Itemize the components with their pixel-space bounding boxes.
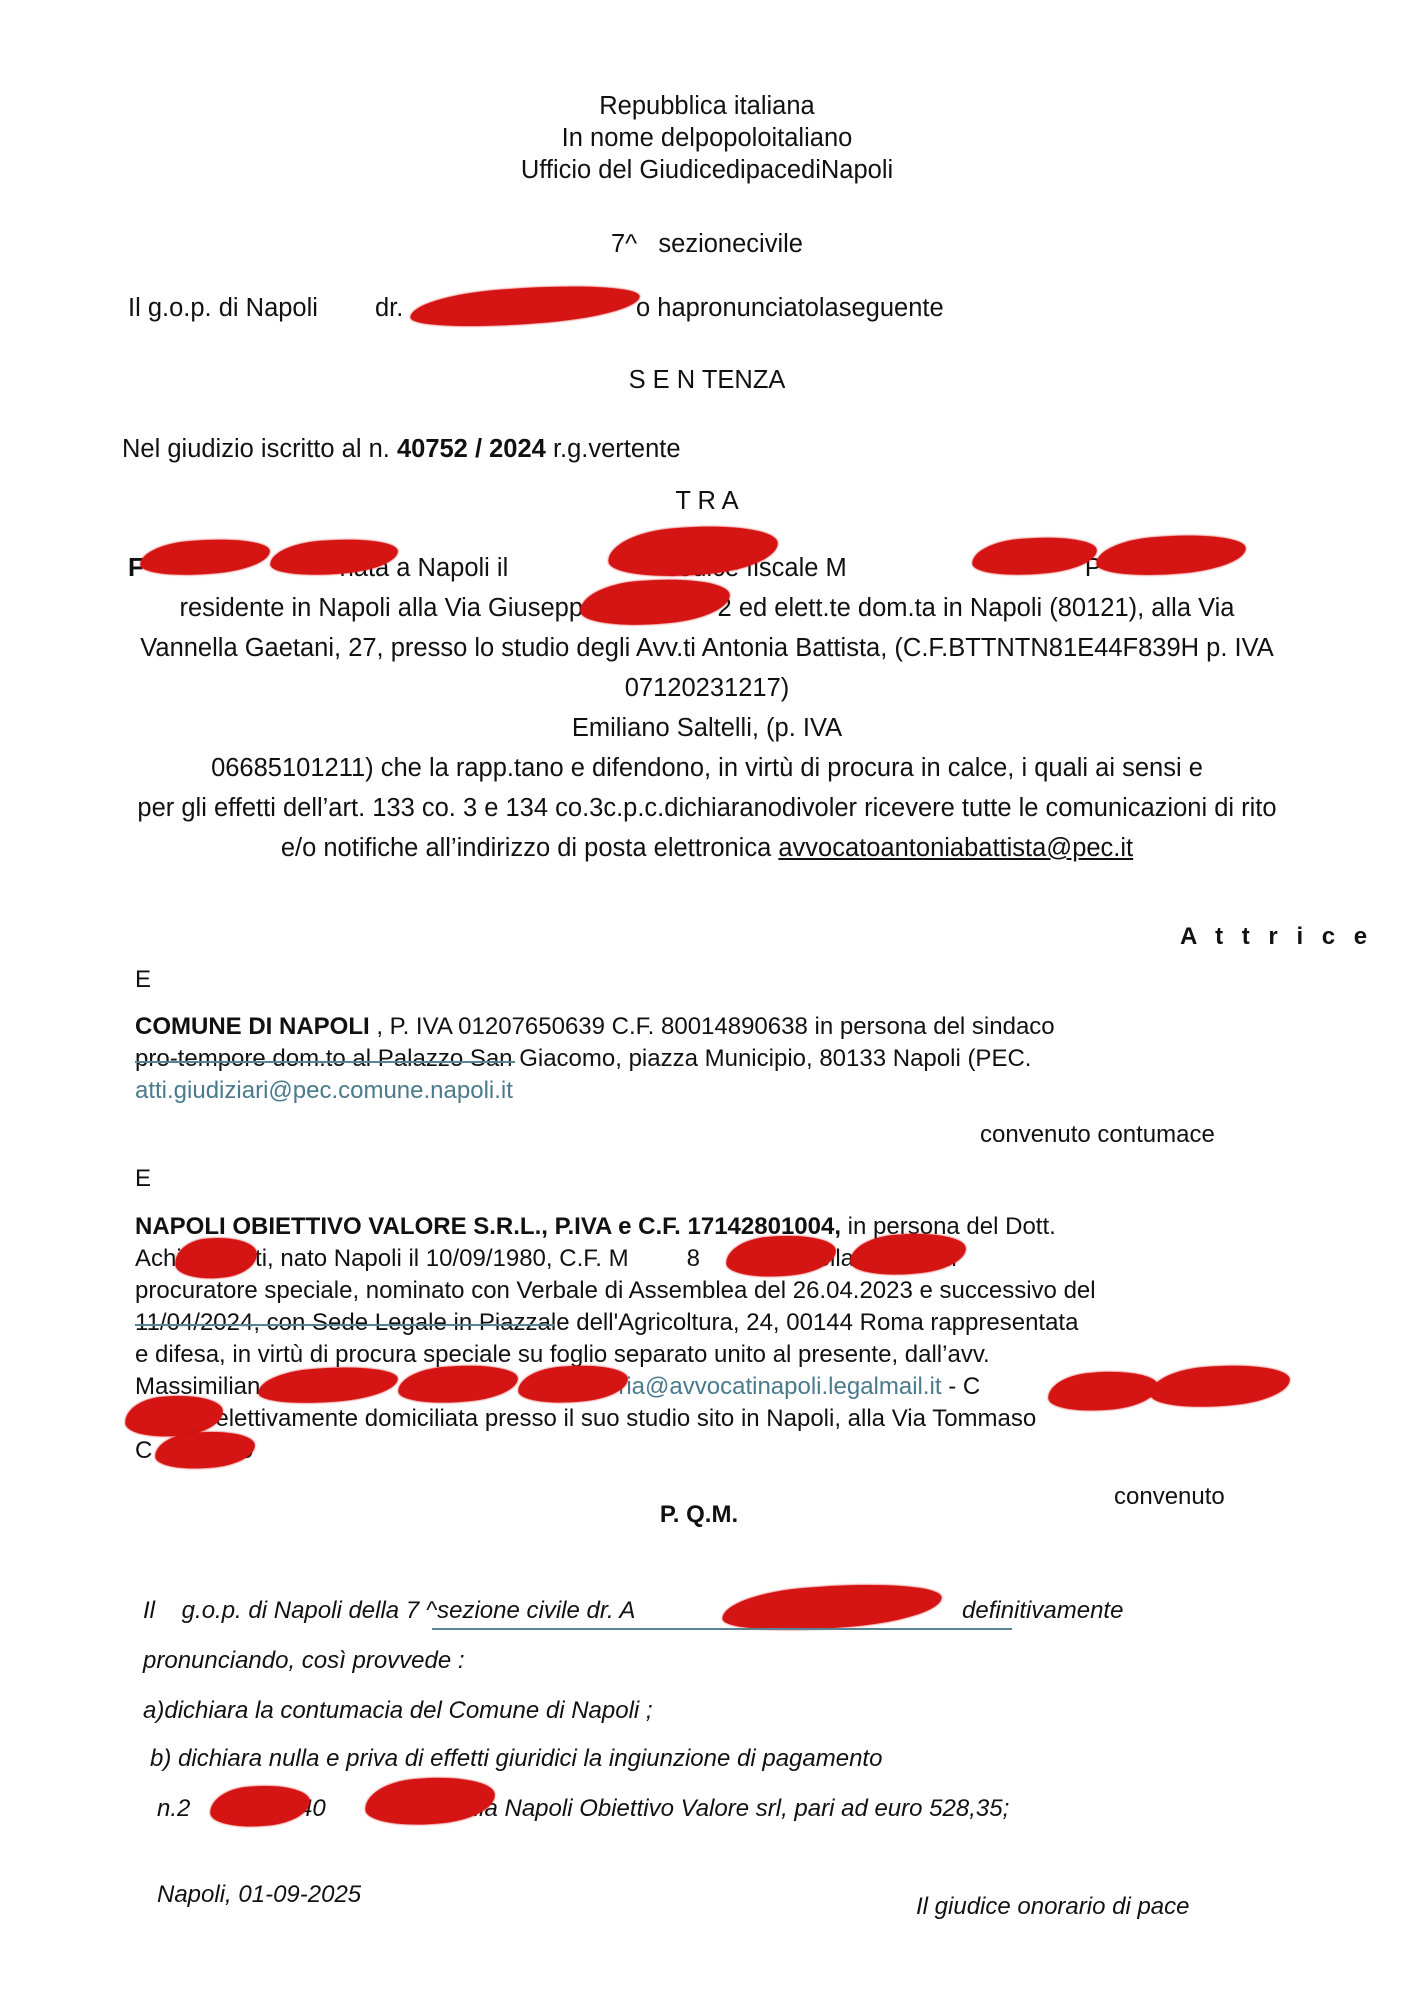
defendant1-line2: pro-tempore dom.to al Palazzo San Giacom…: [135, 1044, 1031, 1074]
case-number: 40752 / 2024: [397, 435, 546, 463]
pqm-line1: Il g.o.p. di Napoli della 7 ^sezione civ…: [143, 1596, 635, 1626]
redaction-judge-name: [409, 280, 641, 332]
defendant2-line3: procuratore speciale, nominato con Verba…: [135, 1276, 1096, 1306]
redaction-cf-2: [1095, 531, 1247, 579]
defendant2-line4: 11/04/2024, con Sede Legale in Piazzale …: [135, 1308, 1078, 1338]
plaintiff-domicile: 2 ed elett.te dom.ta in Napoli (80121), …: [718, 594, 1235, 622]
header-office: Ufficio del GiudicedipacediNapoli: [0, 154, 1414, 186]
defendant2-lawyer-cf-label: - C: [942, 1373, 981, 1400]
defendant1-name: COMUNE DI NAPOLI: [135, 1013, 370, 1040]
plaintiff-line3: Vannella Gaetani, 27, presso lo studio d…: [0, 632, 1414, 664]
defendant2-strike-line: [135, 1324, 555, 1326]
defendant2-street-start: C: [135, 1437, 152, 1464]
pqm-item-a: a)dichiara la contumacia del Comune di N…: [143, 1696, 653, 1726]
plaintiff-address: residente in Napoli alla Via Giuseppe M: [180, 594, 626, 622]
defendant2-cf-mid: 8: [687, 1245, 700, 1272]
defendant1-strike-line: [135, 1061, 515, 1063]
defendant2-name: NAPOLI OBIETTIVO VALORE S.R.L., P.IVA e …: [135, 1213, 841, 1240]
case-prefix: Nel giudizio iscritto al n.: [122, 435, 397, 463]
document-title: S E N TENZA: [0, 364, 1414, 396]
plaintiff-line8: e/o notifiche all’indirizzo di posta ele…: [0, 832, 1414, 864]
header-republic: Repubblica italiana: [0, 90, 1414, 122]
defendant2-rep-birth: ti, nato Napoli il 10/09/1980, C.F. M: [255, 1245, 629, 1272]
defendant1-ids: , P. IVA 01207650639 C.F. 80014890638 in…: [370, 1013, 1055, 1040]
header-people: In nome delpopoloitaliano: [0, 122, 1414, 154]
injunction-number-start: n.2: [157, 1795, 190, 1822]
tra-heading: T R A: [0, 485, 1414, 517]
judge-line-prefix: Il g.o.p. di Napoli: [128, 292, 318, 324]
case-suffix: r.g.vertente: [546, 435, 681, 463]
pqm-underline: [432, 1628, 1012, 1630]
defendant1-and: E: [135, 965, 151, 995]
judge-signature: Il giudice onorario di pace: [916, 1892, 1190, 1922]
plaintiff-role: A t t r i c e: [1180, 922, 1373, 952]
injunction-description: 22 dalla Napoli Obiettivo Valore srl, pa…: [414, 1795, 1009, 1822]
redaction-lawyer-cf-1: [1047, 1368, 1159, 1414]
plaintiff-pec-label: e/o notifiche all’indirizzo di posta ele…: [281, 834, 779, 862]
defendant2-lawyer-pec-link[interactable]: ria@avvocatinapoli.legalmail.it: [618, 1373, 941, 1400]
defendant2-lawyer-first: Massimilian: [135, 1373, 260, 1400]
defendant2-line7: ed elettivamente domiciliata presso il s…: [182, 1404, 1036, 1434]
case-number-line: Nel giudizio iscritto al n. 40752 / 2024…: [122, 433, 681, 465]
plaintiff-line4: 07120231217): [0, 672, 1414, 704]
pqm-item-b: b) dichiara nulla e priva di effetti giu…: [150, 1744, 882, 1774]
plaintiff-line5: Emiliano Saltelli, (p. IVA: [0, 712, 1414, 744]
defendant1-line1: COMUNE DI NAPOLI , P. IVA 01207650639 C.…: [135, 1012, 1055, 1042]
judge-line-suffix: o hapronunciatolaseguente: [636, 292, 944, 324]
defendant1-role: convenuto contumace: [980, 1120, 1215, 1150]
defendant2-and: E: [135, 1164, 151, 1194]
plaintiff-line6: 06685101211) che la rapp.tano e difendon…: [0, 752, 1414, 784]
plaintiff-line7: per gli effetti dell’art. 133 co. 3 e 13…: [0, 792, 1414, 824]
defendant2-line5: e difesa, in virtù di procura speciale s…: [135, 1340, 990, 1370]
redaction-lawyer-cf-2: [1149, 1361, 1291, 1411]
defendant1-pec-link[interactable]: atti.giudiziari@pec.comune.napoli.it: [135, 1076, 513, 1106]
pqm-line1-end: definitivamente: [962, 1596, 1123, 1626]
pqm-line2: pronunciando, così provvede :: [143, 1646, 465, 1676]
judge-line-dr: dr.: [375, 292, 403, 324]
plaintiff-pec-link[interactable]: avvocatoantoniabattista@pec.it: [778, 834, 1133, 862]
header-section: 7^ sezionecivile: [0, 228, 1414, 260]
defendant2-rep: in persona del Dott.: [841, 1213, 1056, 1240]
place-date: Napoli, 01-09-2025: [157, 1880, 361, 1910]
pqm-title: P. Q.M.: [0, 1500, 1406, 1530]
